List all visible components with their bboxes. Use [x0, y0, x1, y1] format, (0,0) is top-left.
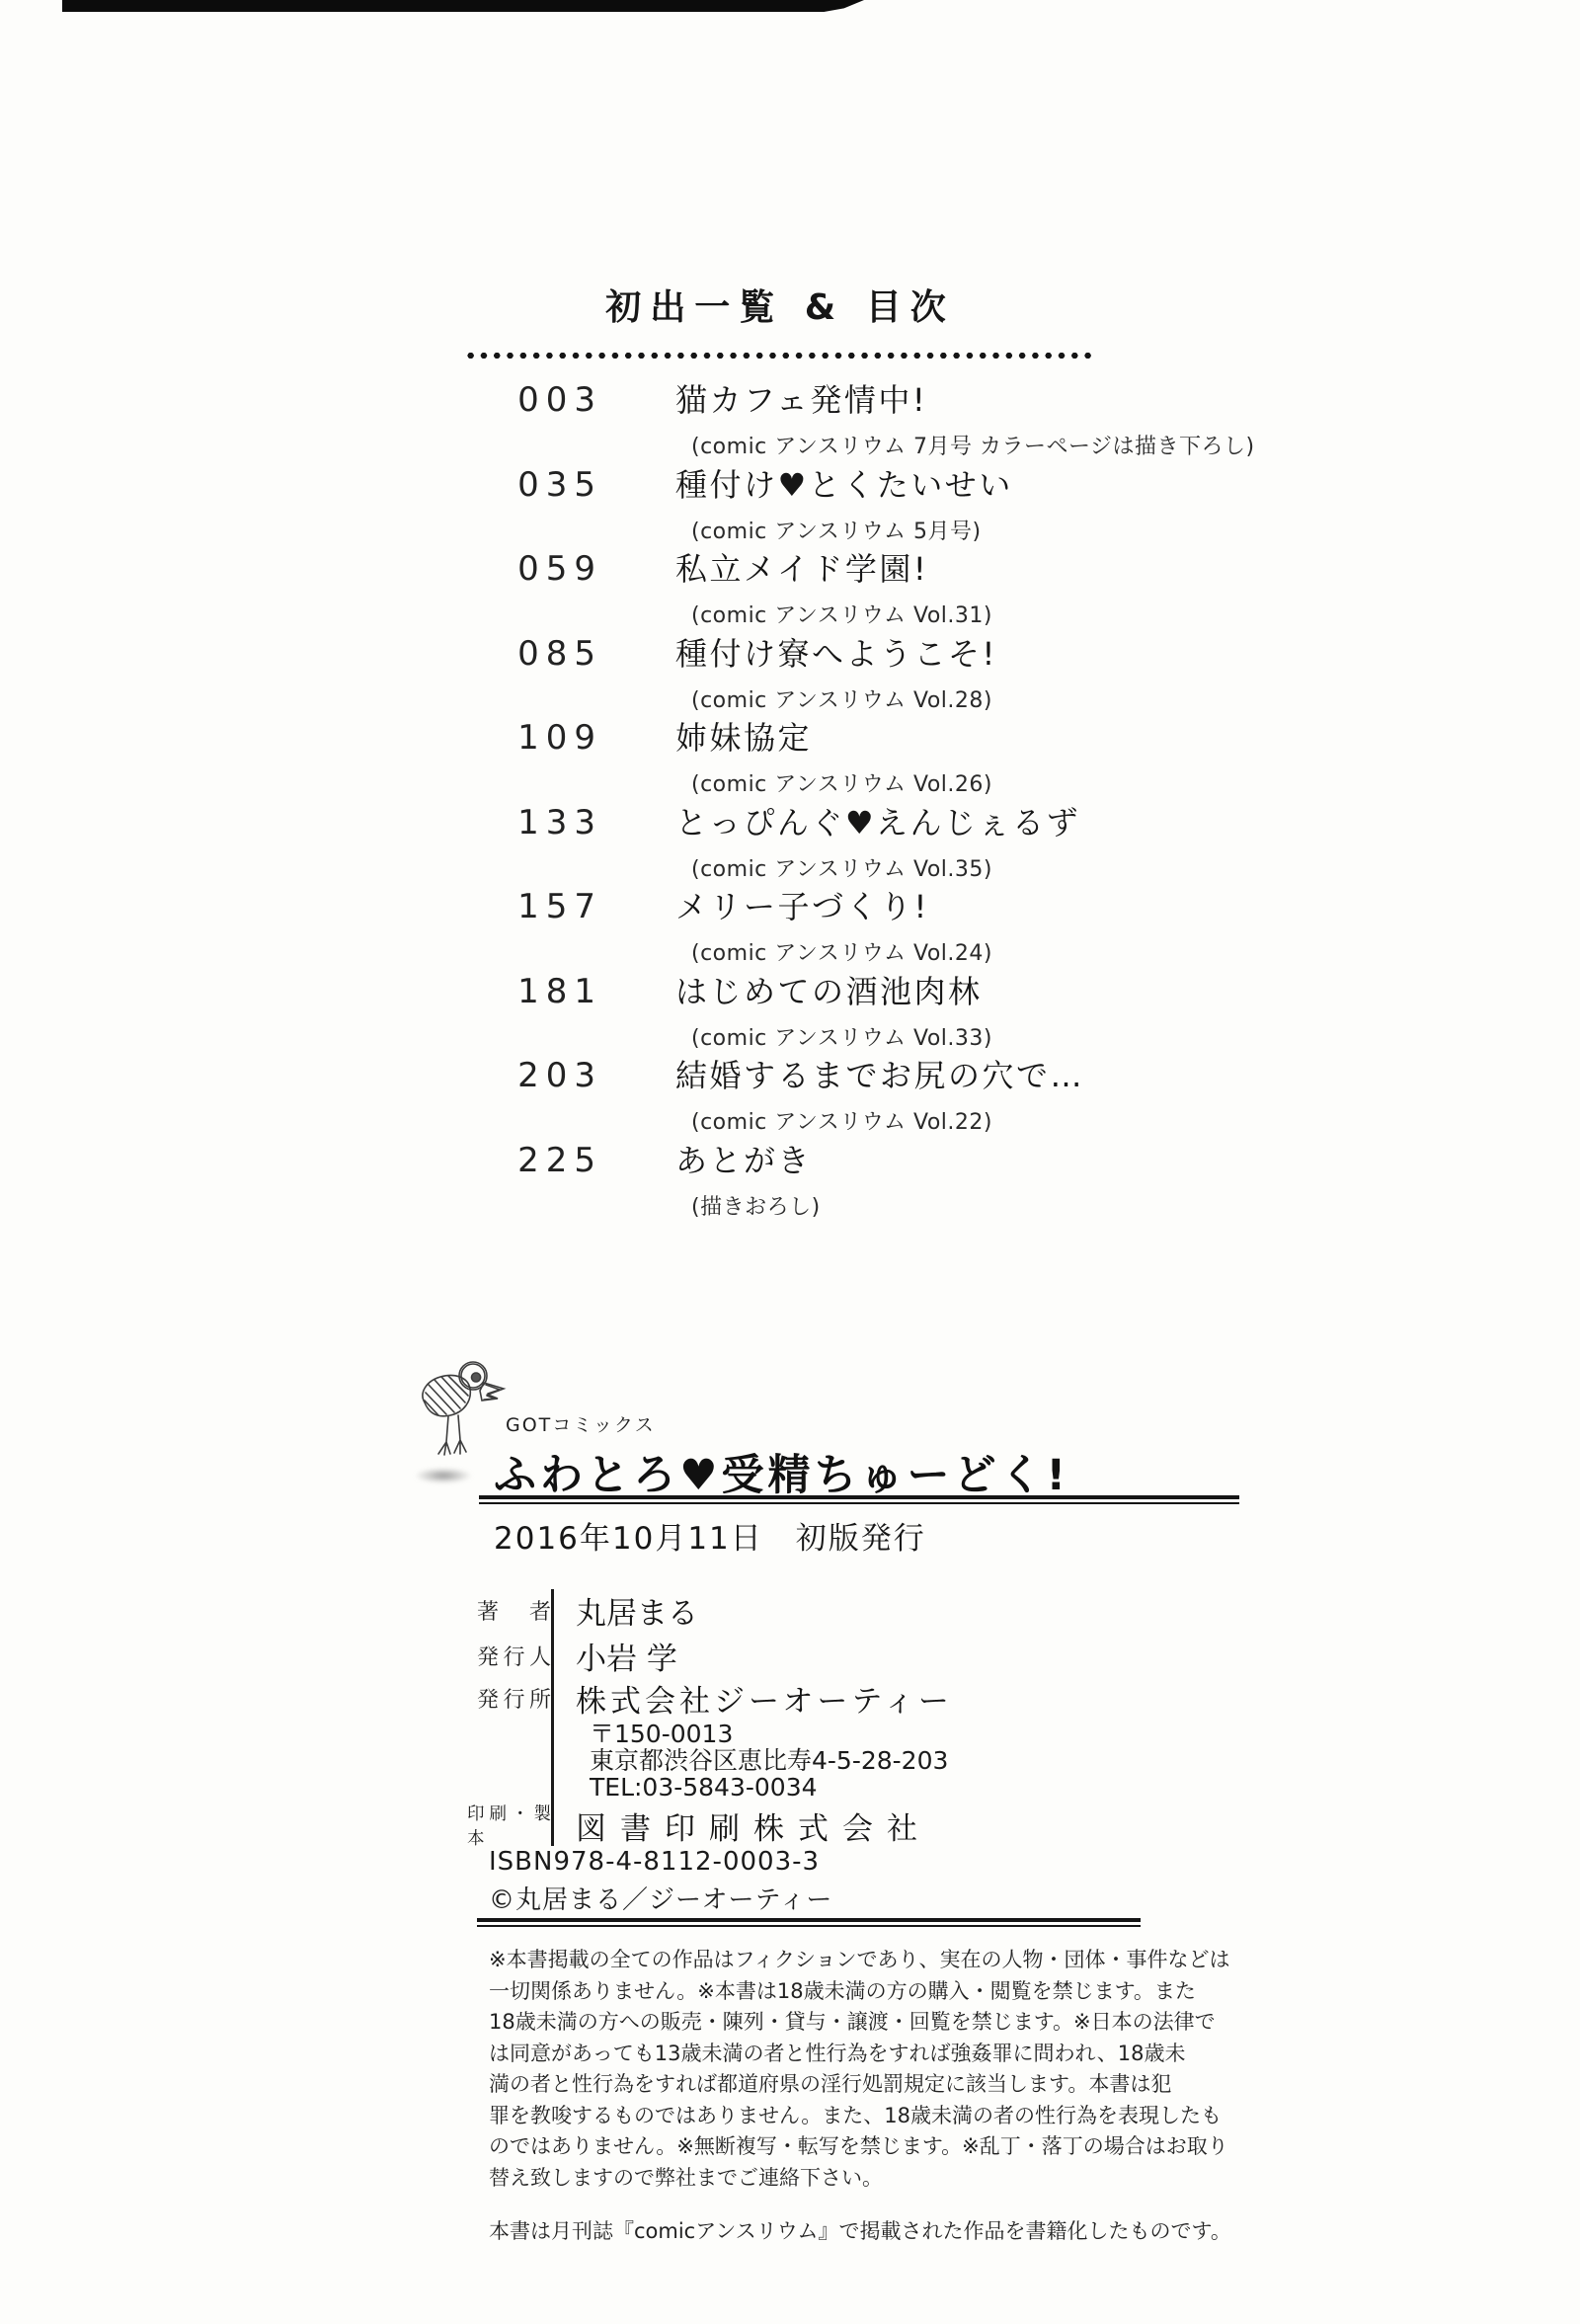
credit-role-publisher-person: 発行人 [467, 1641, 551, 1671]
imprint-label: GOTコミックス [506, 1410, 656, 1437]
toc-entry-title: はじめての酒池肉林 [675, 967, 983, 1012]
toc-list: 003猫カフェ発情中! (comic アンスリウム 7月号 カラーページは描き下… [464, 375, 1096, 1220]
toc-entry: 157メリー子づくり! (comic アンスリウム Vol.24) [464, 882, 1096, 967]
disclaimer-line: ※本書掲載の全ての作品はフィクションであり、実在の人物・団体・事件などは [489, 1945, 1141, 1976]
toc-entry-source: (comic アンスリウム Vol.35) [691, 852, 1096, 883]
publisher-phone: TEL:03-5843-0034 [551, 1773, 1040, 1802]
publisher-address: 東京都渋谷区恵比寿4-5-28-203 [551, 1741, 1040, 1777]
toc-entry-title: 猫カフェ発情中! [675, 375, 927, 421]
book-title: ふわとろ♥受精ちゅーどく! [494, 1442, 1069, 1502]
toc-page-number: 203 [464, 1056, 602, 1095]
toc-entry: 203結婚するまでお尻の穴で… (comic アンスリウム Vol.22) [464, 1051, 1096, 1136]
toc-entry-source: (comic アンスリウム Vol.33) [691, 1021, 1096, 1052]
copyright-line: ©丸居まる／ジーオーティー [489, 1880, 832, 1916]
toc-page-number: 109 [464, 718, 602, 758]
disclaimer-line: のではありません。※無断複写・転写を禁じます。※乱丁・落丁の場合はお取り [489, 2131, 1141, 2163]
disclaimer-line: 替え致しますので弊社までご連絡下さい。 [489, 2163, 1141, 2195]
toc-entry: 133とっぴんぐ♥えんじぇるず (comic アンスリウム Vol.35) [464, 798, 1096, 883]
title-divider [479, 1495, 1239, 1504]
toc-entry-source: (comic アンスリウム Vol.26) [691, 767, 1096, 798]
credit-role-author: 著者 [467, 1595, 551, 1626]
credit-value-printer: 図書印刷株式会社 [551, 1803, 1040, 1848]
toc-entry-source: (comic アンスリウム 7月号 カラーページは描き下ろし) [691, 430, 1096, 460]
toc-entry: 085種付け寮へようこそ! (comic アンスリウム Vol.28) [464, 629, 1096, 714]
disclaimer-line: 罪を教唆するものではありません。また、18歳未満の者の性行為を表現したも [489, 2101, 1141, 2132]
toc-page-number: 059 [464, 549, 602, 589]
toc-page-number: 133 [464, 803, 602, 842]
toc-entry-source: (comic アンスリウム Vol.24) [691, 936, 1096, 967]
disclaimer-line: は同意があっても13歳未満の者と性行為をすれば強姦罪に問われ、18歳未 [489, 2039, 1141, 2070]
toc-page-number: 157 [464, 887, 602, 926]
toc-entry: 059私立メイド学園! (comic アンスリウム Vol.31) [464, 544, 1096, 629]
edition-date: 2016年10月11日 初版発行 [494, 1513, 926, 1558]
toc-entry: 035種付け♥とくたいせい (comic アンスリウム 5月号) [464, 460, 1096, 545]
toc-page-number: 181 [464, 972, 602, 1011]
toc-entry-source: (comic アンスリウム Vol.22) [691, 1105, 1096, 1136]
toc-entry-title: あとがき [675, 1136, 812, 1181]
toc-page-number: 035 [464, 465, 602, 505]
toc-entry-title: 姉妹協定 [675, 713, 812, 759]
toc-entry: 225あとがき (描きおろし) [464, 1136, 1096, 1221]
disclaimer-line: 一切関係ありません。※本書は18歳未満の方の購入・閲覧を禁じます。また [489, 1976, 1141, 2008]
credit-role-publisher: 発行所 [467, 1683, 551, 1714]
credit-role-printer: 印刷・製本 [467, 1801, 551, 1850]
disclaimer-line: 18歳未満の方への販売・陳列・貸与・譲渡・回覧を禁じます。※日本の法律で [489, 2007, 1141, 2039]
toc-entry-title: 私立メイド学園! [675, 544, 928, 590]
credit-value-publisher-person: 小岩 学 [551, 1634, 1040, 1678]
toc-entry-title: メリー子づくり! [675, 882, 929, 927]
toc-entry: 003猫カフェ発情中! (comic アンスリウム 7月号 カラーページは描き下… [464, 375, 1096, 460]
toc-entry-source: (comic アンスリウム Vol.31) [691, 599, 1096, 629]
toc-page-number: 085 [464, 634, 602, 674]
toc-entry: 181はじめての酒池肉林 (comic アンスリウム Vol.33) [464, 967, 1096, 1052]
scan-artifact-bar [62, 0, 864, 12]
toc-title: 初出一覧 & 目次 [464, 280, 1096, 330]
toc-entry-title: 種付け寮へようこそ! [675, 629, 997, 675]
toc-entry-title: 種付け♥とくたいせい [675, 460, 1013, 506]
disclaimer-divider [477, 1918, 1141, 1927]
dotted-divider [464, 352, 1094, 360]
legal-disclaimer: ※本書掲載の全ての作品はフィクションであり、実在の人物・団体・事件などは 一切関… [489, 1945, 1141, 2194]
toc-entry-source: (comic アンスリウム Vol.28) [691, 683, 1096, 714]
toc-entry: 109姉妹協定 (comic アンスリウム Vol.26) [464, 713, 1096, 798]
toc-page-number: 225 [464, 1141, 602, 1180]
serialization-note: 本書は月刊誌『comicアンスリウム』で掲載された作品を書籍化したものです。 [489, 2215, 1231, 2245]
toc-entry-title: 結婚するまでお尻の穴で… [675, 1051, 1084, 1096]
scanned-book-page: 初出一覧 & 目次 003猫カフェ発情中! (comic アンスリウム 7月号 … [0, 0, 1580, 2324]
credits-table: 著者 丸居まる 発行人 小岩 学 発行所 株式会社ジーオーティー 〒150-00… [467, 1586, 1040, 1849]
isbn: ISBN978-4-8112-0003-3 [489, 1847, 820, 1877]
scan-smudge [415, 1468, 472, 1483]
toc-entry-source: (描きおろし) [691, 1190, 1096, 1221]
credits-divider-line [551, 1589, 554, 1846]
toc-entry-title: とっぴんぐ♥えんじぇるず [675, 798, 1080, 843]
toc-page-number: 003 [464, 380, 602, 420]
disclaimer-line: 満の者と性行為をすれば都道府県の淫行処罰規定に該当します。本書は犯 [489, 2069, 1141, 2101]
table-of-contents: 初出一覧 & 目次 003猫カフェ発情中! (comic アンスリウム 7月号 … [464, 280, 1096, 1220]
toc-entry-source: (comic アンスリウム 5月号) [691, 515, 1096, 545]
credit-value-author: 丸居まる [551, 1588, 1040, 1633]
